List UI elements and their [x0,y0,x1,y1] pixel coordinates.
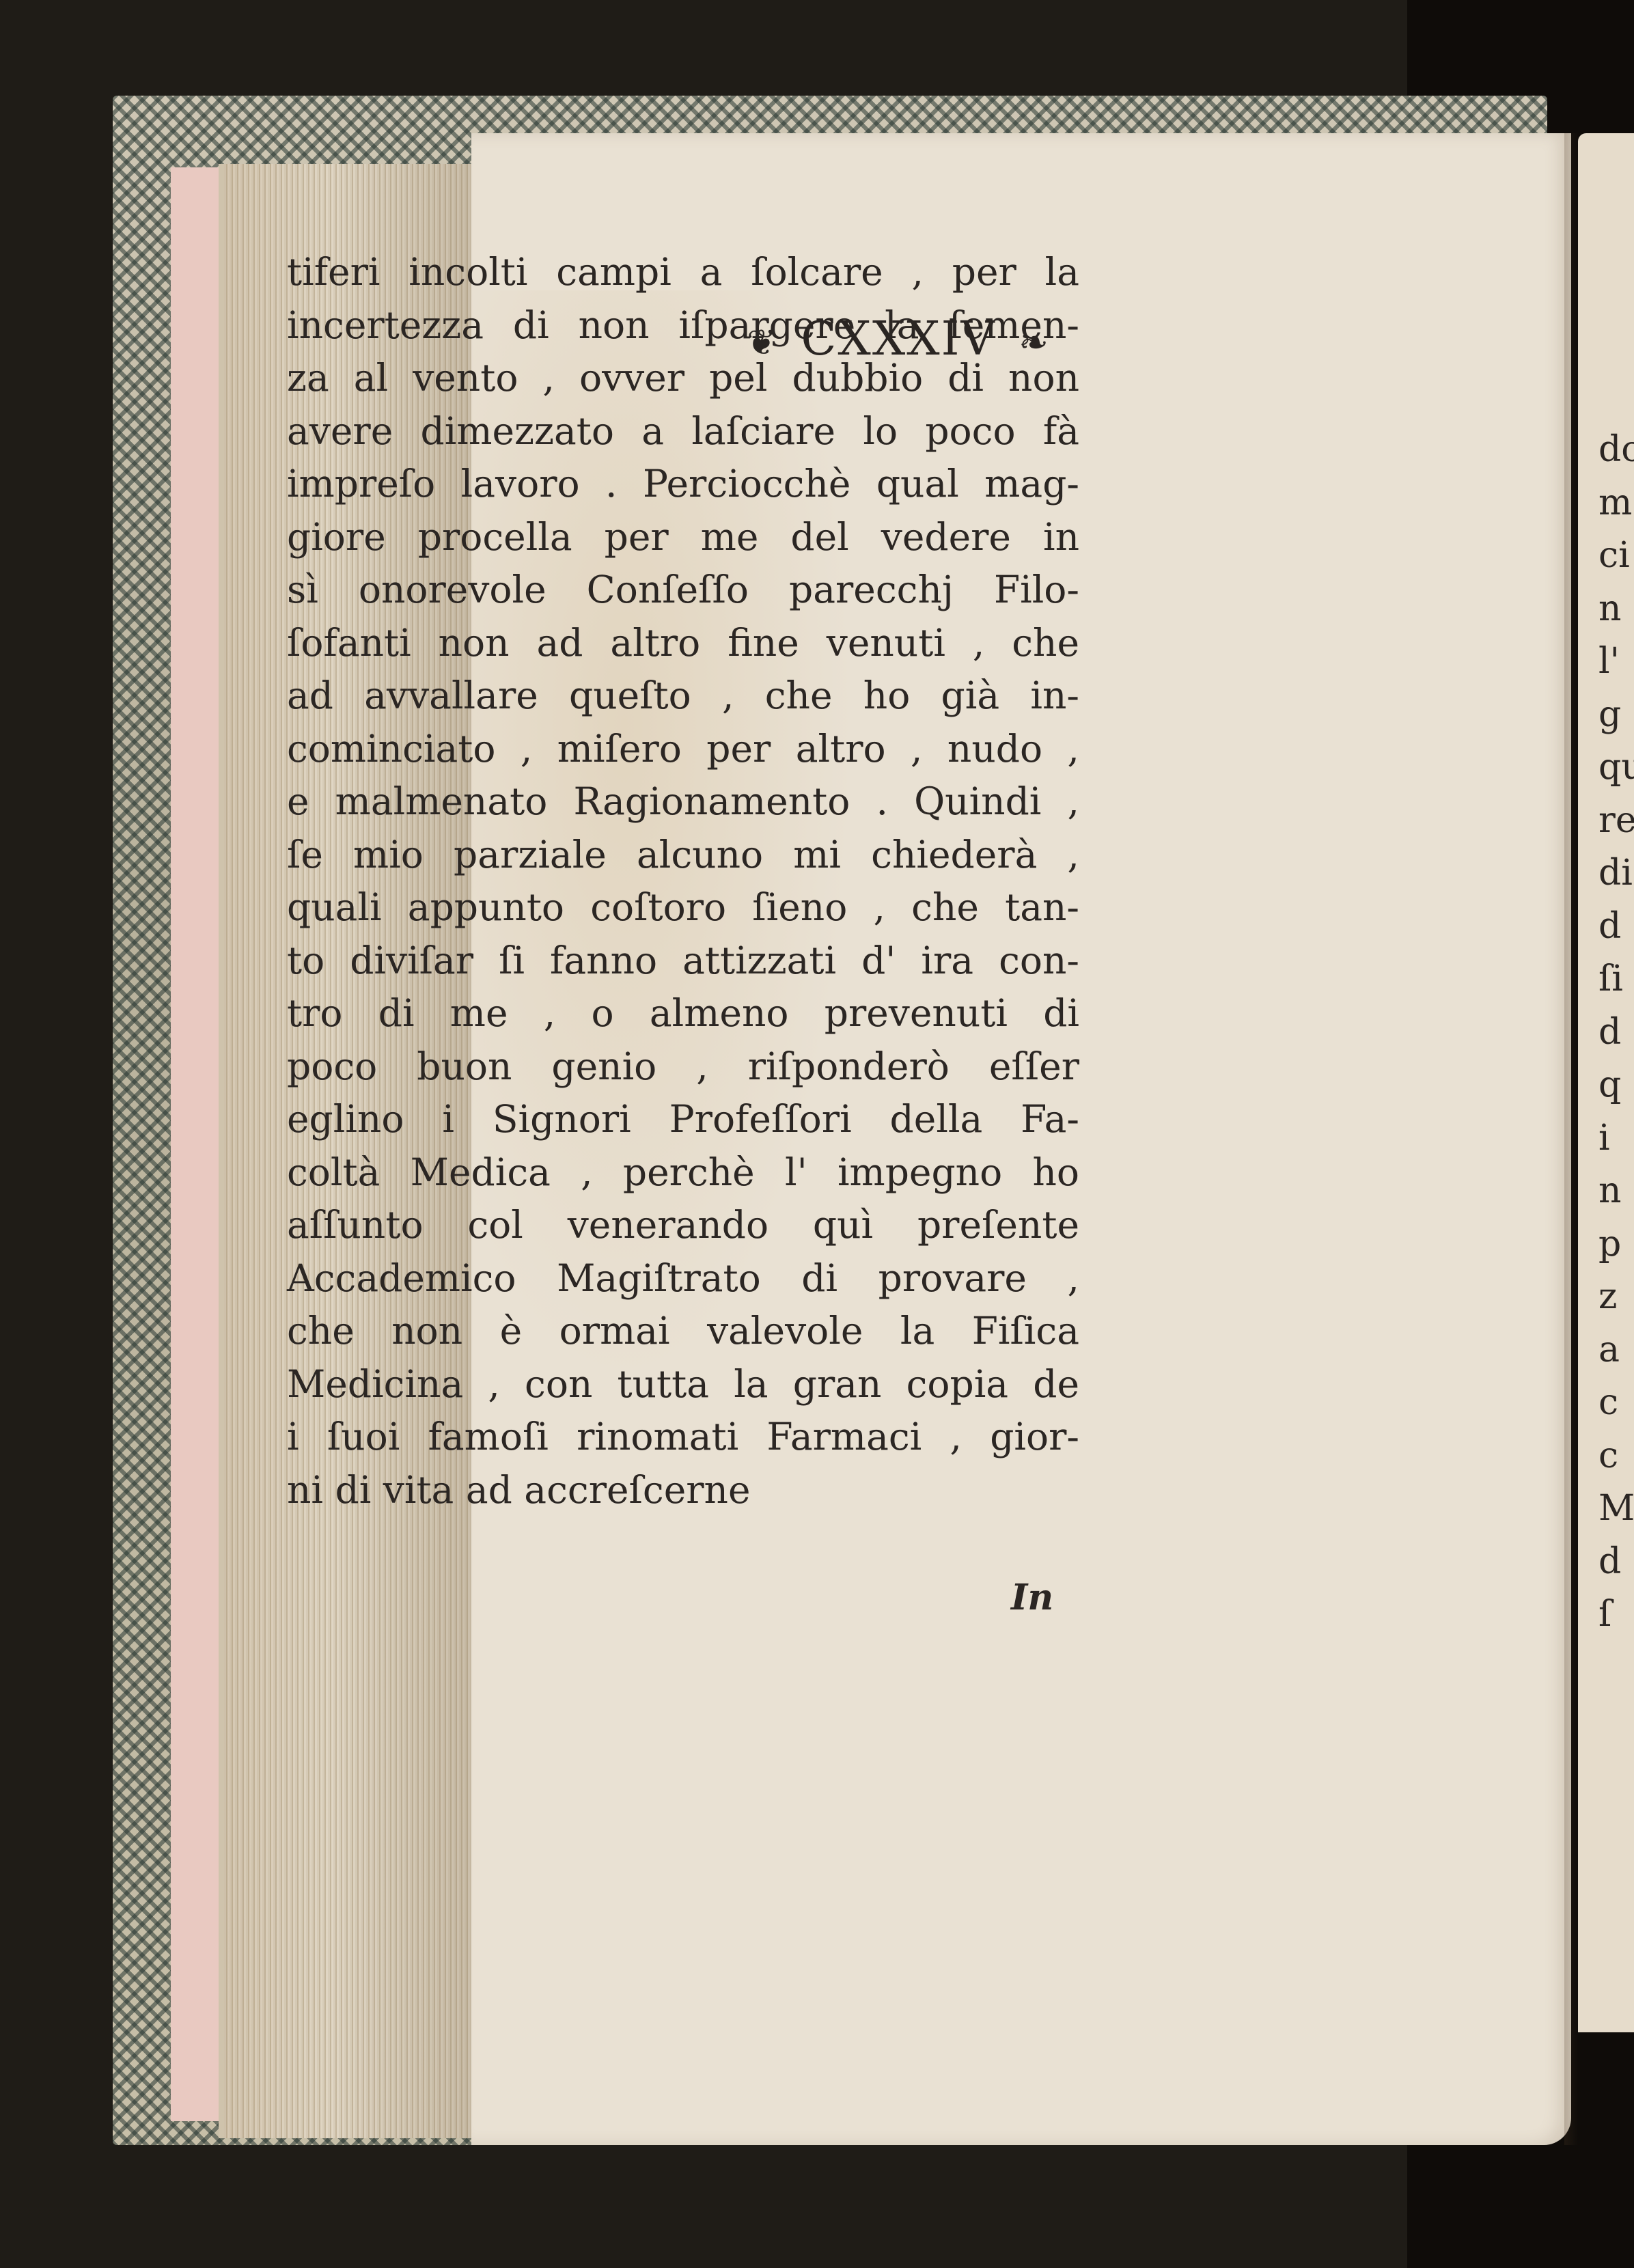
text-line: tiferi incolti campi a ſolcare , per la [287,246,1079,299]
catchword: In [1011,1577,1053,1618]
partial-line: ſ [1598,1588,1634,1642]
text-line: giore procella per me del vedere in [287,511,1079,564]
text-line: tro di me , o almeno prevenuti di [287,987,1079,1040]
text-line: impreſo lavoro . Perciocchè qual mag- [287,458,1079,511]
text-line: poco buon genio , riſponderò eſſer [287,1040,1079,1094]
text-line: che non è ormai valevole la Fiſica [287,1305,1079,1358]
partial-line: ſi [1598,953,1634,1006]
partial-line: d [1598,1006,1634,1060]
partial-line: a [1598,1324,1634,1377]
partial-line: c [1598,1430,1634,1483]
text-line: Accademico Magiſtrato di provare , [287,1252,1079,1305]
text-line: i ſuoi famoſi rinomati Farmaci , gior- [287,1411,1079,1464]
partial-line: ci [1598,529,1634,583]
partial-line: z [1598,1271,1634,1324]
text-line: eglino i Signori Profeſſori della Fa- [287,1093,1079,1146]
text-line: incertezza di non iſpargere la ſemen- [287,299,1079,352]
text-line: ni di vita ad accreſcerne [287,1464,1079,1517]
text-line: e malmenato Ragionamento . Quindi , [287,775,1079,829]
partial-line: m [1598,477,1634,530]
partial-line: q [1598,1059,1634,1112]
text-line: ſofanti non ad altro fine venuti , che [287,617,1079,670]
text-line: sì onorevole Conſeſſo parecchj Filo- [287,564,1079,617]
gutter-shadow [1564,133,1578,2145]
partial-line: d [1598,1536,1634,1589]
text-line: ſe mio parziale alcuno mi chiederà , [287,829,1079,882]
text-line: cominciato , miſero per altro , nudo , [287,723,1079,776]
text-line: to diviſar ſi fanno attizzati d' ira con… [287,935,1079,988]
text-line: aſſunto col venerando quì preſente [287,1199,1079,1252]
partial-line: c [1598,1377,1634,1430]
text-line: Medicina , con tutta la gran copia de [287,1358,1079,1411]
partial-line: dc [1598,424,1634,477]
pink-flyleaf [171,167,226,2121]
text-line: coltà Medica , perchè l' impegno ho [287,1146,1079,1200]
partial-line: re [1598,794,1634,848]
partial-line: l' [1598,635,1634,689]
text-line: ad avvallare queſto , che ho già in- [287,669,1079,723]
partial-line: di [1598,847,1634,900]
partial-line: n [1598,1165,1634,1218]
adjacent-page-text: dc m ci n l' g qu re di d ſi d q i n p z… [1598,424,1634,1642]
text-line: za al vento , ovver pel dubbio di non [287,352,1079,405]
text-line: quali appunto coſtoro ſieno , che tan- [287,881,1079,935]
partial-line: g [1598,689,1634,742]
partial-line: d [1598,900,1634,954]
partial-line: M [1598,1482,1634,1536]
body-text: tiferi incolti campi a ſolcare , per la … [287,246,1079,1517]
text-line: avere dimezzato a laſciare lo poco fà [287,405,1079,458]
partial-line: p [1598,1218,1634,1271]
partial-line: n [1598,583,1634,636]
partial-line: qu [1598,741,1634,794]
partial-line: i [1598,1112,1634,1165]
